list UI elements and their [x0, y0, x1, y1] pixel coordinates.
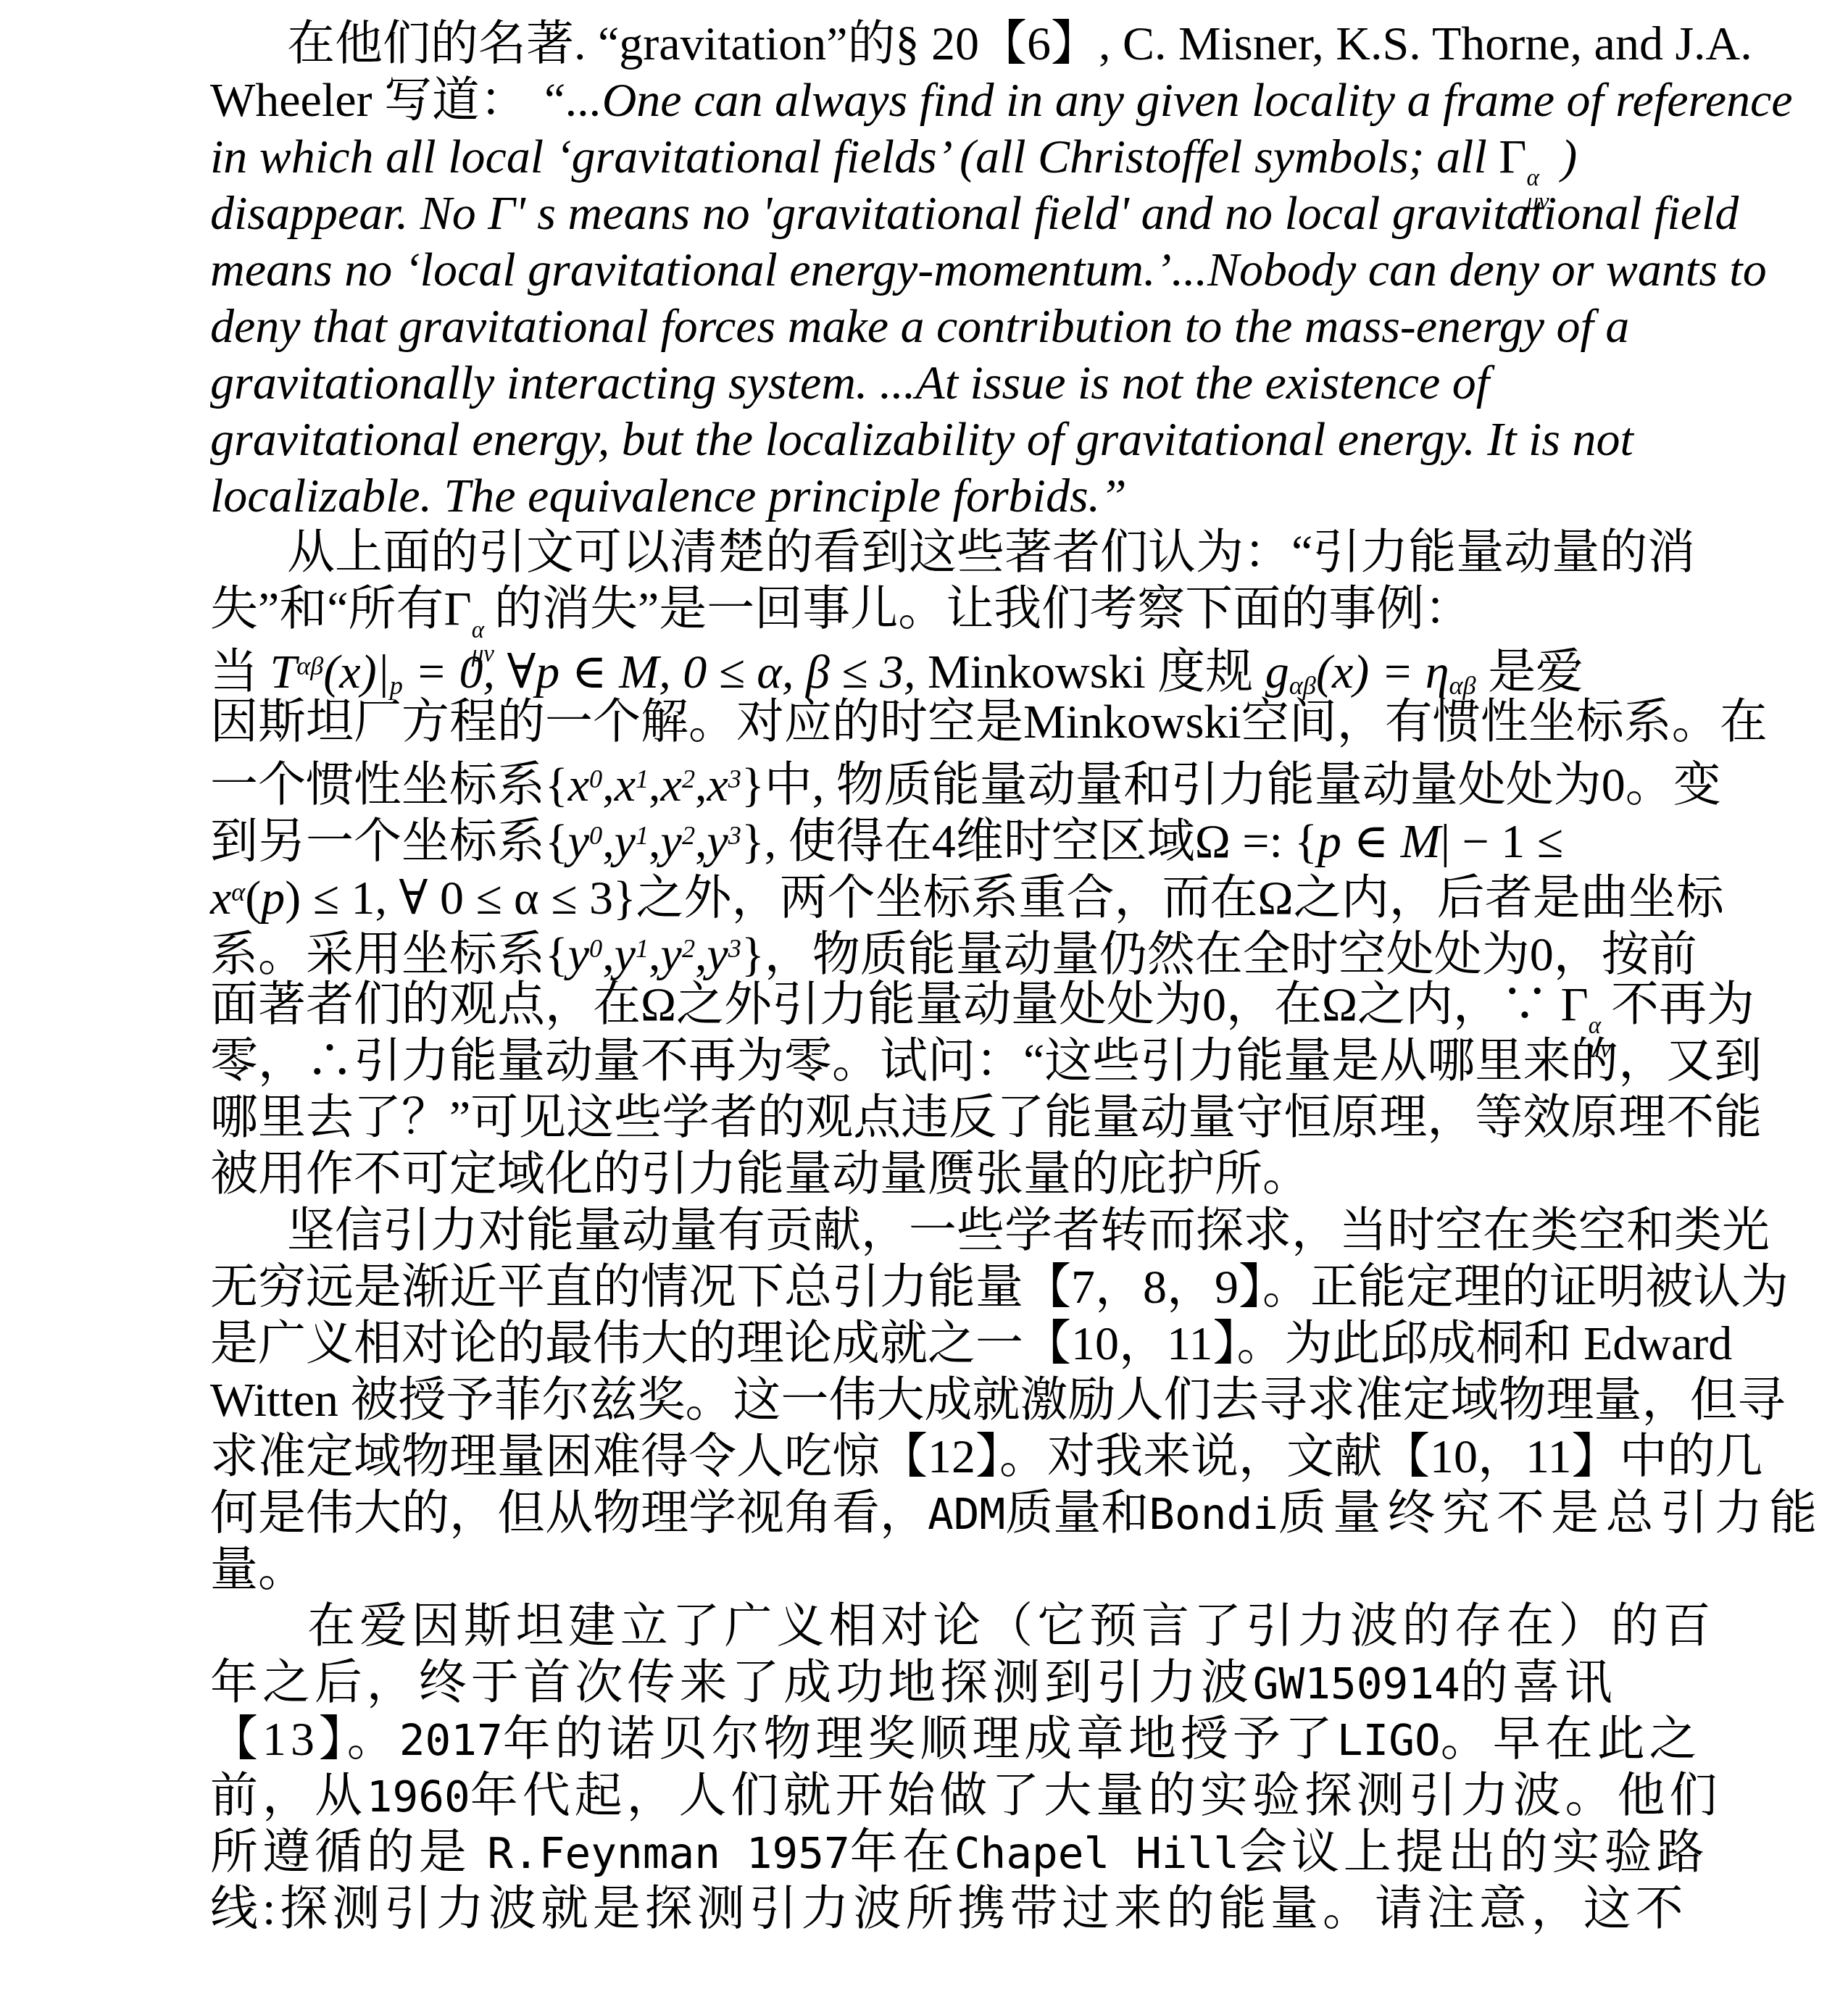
text-line: 无穷远是渐近平直的情况下总引力能量【7，8，9】。正能定理的证明被认为: [210, 1259, 1652, 1316]
text-line: 面著者们的观点，在Ω之外引力能量动量处处为0，在Ω之内，∵ Γαμν不再为: [210, 977, 1652, 1033]
text-run: localizable. The equivalence principle f…: [210, 470, 1127, 522]
text-line: 【13】。2017年的诺贝尔物理奖顺理成章地授予了LIGO。早在此之: [210, 1711, 1652, 1768]
text-run: disappear. No Γ' s means no 'gravitation…: [210, 187, 1739, 240]
text-line: means no ‘local gravitational energy-mom…: [210, 242, 1652, 299]
text-run: | − 1 ≤: [1441, 815, 1563, 868]
text-line: 线:探测引力波就是探测引力波所携带过来的能量。请注意，这不: [210, 1881, 1652, 1938]
text-run: (x) = η: [1316, 646, 1449, 698]
text-run: Minkowski 度规: [916, 646, 1265, 698]
text-line: gravitationally interacting system. ...A…: [210, 355, 1652, 412]
text-run: 因斯坦厂方程的一个解。对应的时空是Minkowski空间，有惯性坐标系。在: [210, 696, 1768, 748]
text-run: 3: [728, 821, 741, 850]
text-run: 是广义相对论的最伟大的理论成就之一【10，11】。为此邱成桐和 Edward: [210, 1317, 1732, 1370]
text-line: 一个惯性坐标系{x0,x1,x2,x3}中, 物质能量动量和引力能量动量处处为0…: [210, 751, 1652, 807]
text-run: ,: [602, 928, 615, 981]
text-line: Witten 被授予菲尔兹奖。这一伟大成就激励人们去寻求准定域物理量，但寻: [210, 1372, 1652, 1429]
text-run: ADM: [928, 1490, 1005, 1540]
text-run: means no ‘local gravitational energy-mom…: [210, 243, 1767, 296]
text-line: 从上面的引文可以清楚的看到这些著者们认为：“引力能量动量的消: [210, 525, 1652, 581]
document-text: 在他们的名著. “gravitation”的§ 20【6】, C. Misner…: [210, 16, 1652, 1938]
text-run: Witten 被授予菲尔兹奖。这一伟大成就激励人们去寻求准定域物理量，但寻: [210, 1374, 1785, 1427]
text-run: y: [568, 928, 589, 981]
text-line: 求准定域物理量困难得令人吃惊【12】。对我来说，文献【10，11】中的几: [210, 1429, 1652, 1485]
text-run: αβ: [296, 651, 323, 680]
text-run: y: [707, 815, 728, 868]
text-line: 在他们的名著. “gravitation”的§ 20【6】, C. Misner…: [210, 16, 1652, 72]
text-run: (x)|: [323, 646, 389, 698]
text-run: y: [615, 815, 636, 868]
text-run: deny that gravitational forces make a co…: [210, 300, 1629, 353]
text-run: 失”和“所有: [210, 583, 444, 635]
text-run: 年之后，终于首次传来了成功地探测到引力波: [210, 1656, 1253, 1709]
text-run: 。早在此之: [1441, 1713, 1702, 1766]
text-line: 被用作不可定域化的引力能量动量赝张量的庇护所。: [210, 1146, 1652, 1203]
text-line: 是广义相对论的最伟大的理论成就之一【10，11】。为此邱成桐和 Edward: [210, 1316, 1652, 1372]
text-run: 【13】。: [210, 1713, 399, 1766]
text-run: ,: [602, 815, 615, 868]
text-run: α: [231, 877, 245, 906]
text-run: 无穷远是渐近平直的情况下总引力能量【7，8，9】。正能定理的证明被认为: [210, 1261, 1789, 1314]
text-run: ,: [602, 759, 615, 812]
text-run: 到另一个坐标系{: [210, 815, 568, 868]
text-line: 零，∴引力能量动量不再为零。试问：“这些引力能量是从哪里来的，又到: [210, 1033, 1652, 1090]
text-line: 年之后，终于首次传来了成功地探测到引力波GW150914的喜讯: [210, 1655, 1652, 1711]
text-run: 哪里去了？”可见这些学者的观点违反了能量动量守恒原理，等效原理不能: [210, 1091, 1762, 1144]
christoffel-symbol: Γαμν: [1499, 130, 1549, 183]
text-line: xα(p) ≤ 1, ∀ 0 ≤ α ≤ 3}之外，两个坐标系重合，而在Ω之内，…: [210, 864, 1652, 920]
text-run: 会议上提出的实验路: [1239, 1826, 1708, 1879]
text-run: ,: [649, 928, 661, 981]
text-run: y: [568, 815, 589, 868]
text-line: 失”和“所有Γαμν的消失”是一回事儿。让我们考察下面的事例：: [210, 581, 1652, 638]
text-run: 在他们的名著. “gravitation”的§ 20【6】, C. Misner…: [287, 17, 1752, 70]
text-run: x: [707, 759, 728, 812]
text-run: LIGO: [1337, 1716, 1441, 1766]
text-run: 1960: [367, 1772, 470, 1822]
text-run: 3: [728, 764, 741, 793]
text-run: y: [707, 928, 728, 981]
text-run: gravitationally interacting system. ...A…: [210, 356, 1489, 409]
text-line: in which all local ‘gravitational fields…: [210, 129, 1652, 185]
text-run: 2: [682, 821, 695, 850]
text-run: 年代起，人们就开始做了大量的实验探测引力波。他们: [470, 1769, 1722, 1822]
christoffel-symbol: Γαμν: [1561, 978, 1611, 1031]
text-line: localizable. The equivalence principle f…: [210, 468, 1652, 525]
text-line: 量。: [210, 1542, 1652, 1598]
text-line: 系。采用坐标系{y0,y1,y2,y3}，物质能量动量仍然在全时空处处为0，按前: [210, 920, 1652, 977]
text-run: y: [661, 815, 682, 868]
christoffel-symbol: Γαμν: [444, 583, 494, 635]
text-run: 2: [682, 934, 695, 963]
text-run: 3: [728, 934, 741, 963]
text-run: 的喜讯: [1460, 1656, 1617, 1709]
text-run: ): [1549, 130, 1577, 183]
text-run: 前，从: [210, 1769, 367, 1822]
text-run: 坚信引力对能量动量有贡献，一些学者转而探求，当时空在类空和类光: [287, 1204, 1770, 1257]
text-run: ,: [695, 928, 707, 981]
text-run: 被用作不可定域化的引力能量动量赝张量的庇护所。: [210, 1148, 1310, 1201]
text-line: 当 Tαβ(x)|p = 0, ∀p ∈ M, 0 ≤ α, β ≤ 3, Mi…: [210, 638, 1652, 694]
text-run: 年在: [850, 1826, 954, 1879]
text-run: 零，∴引力能量动量不再为零。试问：“这些引力能量是从哪里来的，又到: [210, 1035, 1762, 1088]
text-run: M: [1401, 815, 1441, 868]
text-run: ,: [695, 815, 707, 868]
text-run: x: [661, 759, 682, 812]
text-run: }，物质能量动量仍然在全时空处处为0，按前: [741, 928, 1697, 981]
text-run: in which all local ‘gravitational fields…: [210, 130, 1499, 183]
text-run: 0: [589, 821, 602, 850]
text-run: y: [615, 928, 636, 981]
text-run: 在爱因斯坦建立了广义相对论（它预言了引力波的存在）的百: [307, 1600, 1715, 1653]
text-line: 前，从1960年代起，人们就开始做了大量的实验探测引力波。他们: [210, 1768, 1652, 1824]
text-run: 质量和: [1005, 1487, 1149, 1540]
text-line: 坚信引力对能量动量有贡献，一些学者转而探求，当时空在类空和类光: [210, 1203, 1652, 1259]
text-run: g: [1265, 646, 1289, 698]
text-run: 系。采用坐标系{: [210, 928, 568, 981]
text-run: 线:探测引力波就是探测引力波所携带过来的能量。请注意，这不: [210, 1882, 1688, 1935]
text-line: 到另一个坐标系{y0,y1,y2,y3}, 使得在4维时空区域Ω =: {p ∈…: [210, 807, 1652, 864]
text-run: Wheeler 写道：: [210, 74, 540, 127]
text-run: 一个惯性坐标系{: [210, 759, 568, 812]
text-run: 0: [589, 934, 602, 963]
text-run: 求准定域物理量困难得令人吃惊【12】。对我来说，文献【10，11】中的几: [210, 1430, 1763, 1483]
text-run: }, 使得在4维时空区域Ω =: {: [741, 815, 1318, 868]
text-run: Chapel Hill: [954, 1829, 1239, 1879]
text-line: 在爱因斯坦建立了广义相对论（它预言了引力波的存在）的百: [210, 1598, 1652, 1655]
text-run: 当: [210, 646, 270, 698]
text-run: x: [615, 759, 636, 812]
text-run: T: [270, 646, 297, 698]
text-run: }中, 物质能量动量和引力能量动量处处为0。变: [741, 759, 1721, 812]
text-line: 何是伟大的，但从物理学视角看，ADM质量和Bondi质量终究不是总引力能: [210, 1485, 1652, 1542]
text-run: 的消失”是一回事儿。让我们考察下面的事例：: [494, 583, 1472, 635]
text-run: y: [661, 928, 682, 981]
text-line: deny that gravitational forces make a co…: [210, 299, 1652, 355]
text-line: disappear. No Γ' s means no 'gravitation…: [210, 185, 1652, 242]
text-run: 1: [636, 764, 649, 793]
text-run: p: [261, 872, 285, 925]
text-run: 年的诺贝尔物理奖顺理成章地授予了: [503, 1713, 1337, 1766]
text-run: GW150914: [1253, 1659, 1460, 1709]
text-line: gravitational energy, but the localizabi…: [210, 412, 1652, 468]
text-line: 哪里去了？”可见这些学者的观点违反了能量动量守恒原理，等效原理不能: [210, 1090, 1652, 1146]
text-run: x: [568, 759, 589, 812]
text-run: 质量终究不是总引力能: [1278, 1487, 1823, 1540]
text-run: “...One can always find in any given loc…: [540, 74, 1793, 127]
text-run: p: [1318, 815, 1341, 868]
text-run: (: [245, 872, 261, 925]
text-run: ,: [649, 815, 661, 868]
text-run: = 0, ∀p ∈ M, 0 ≤ α, β ≤ 3,: [403, 646, 916, 698]
text-run: ,: [695, 759, 707, 812]
text-run: 1: [636, 934, 649, 963]
document-page: 在他们的名著. “gravitation”的§ 20【6】, C. Misner…: [210, 16, 1652, 1938]
text-run: 0: [589, 764, 602, 793]
text-run: 面著者们的观点，在Ω之外引力能量动量处处为0，在Ω之内，∵: [210, 978, 1561, 1031]
text-line: Wheeler 写道： “...One can always find in a…: [210, 72, 1652, 129]
text-run: 2017: [399, 1716, 503, 1766]
text-run: 量。: [210, 1543, 306, 1596]
text-run: 从上面的引文可以清楚的看到这些著者们认为：“引力能量动量的消: [287, 526, 1695, 579]
text-run: 2: [682, 764, 695, 793]
text-run: x: [210, 872, 231, 925]
text-run: ,: [649, 759, 661, 812]
text-run: 所遵循的是: [210, 1826, 487, 1879]
text-run: 不再为: [1611, 978, 1755, 1031]
text-run: 是爱: [1476, 646, 1584, 698]
text-run: R.Feynman 1957: [487, 1829, 850, 1879]
text-run: ) ≤ 1, ∀ 0 ≤ α ≤ 3}之外，两个坐标系重合，而在Ω之内，后者是曲…: [285, 872, 1723, 925]
text-run: Bondi: [1149, 1490, 1278, 1540]
text-line: 因斯坦厂方程的一个解。对应的时空是Minkowski空间，有惯性坐标系。在: [210, 694, 1652, 751]
text-run: gravitational energy, but the localizabi…: [210, 413, 1633, 466]
text-run: 何是伟大的，但从物理学视角看，: [210, 1487, 928, 1540]
text-line: 所遵循的是 R.Feynman 1957年在Chapel Hill会议上提出的实…: [210, 1824, 1652, 1881]
text-run: ∈: [1341, 815, 1401, 868]
text-run: 1: [636, 821, 649, 850]
